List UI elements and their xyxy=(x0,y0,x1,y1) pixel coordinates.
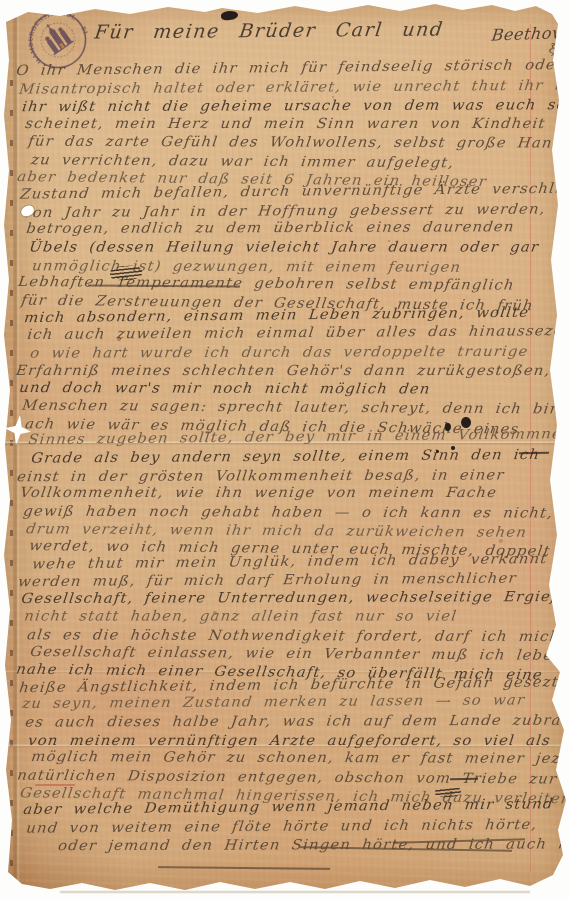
manuscript-line: Vollkommenheit, wie ihn wenige von meine… xyxy=(19,485,570,503)
manuscript-line: Übels (dessen Heilung vieleicht Jahre da… xyxy=(28,240,570,258)
hamburg-castle-icon xyxy=(37,18,74,56)
manuscript-scan: HAMBURGENSIS PUBL ·· BIBLIOTHECA Für mei… xyxy=(0,0,570,899)
next-sheet-edge xyxy=(60,891,530,893)
manuscript-line: Grade als bey andern seyn sollte, einem … xyxy=(30,447,570,469)
manuscript-line: und von weitem eine flöte hörte und ich … xyxy=(25,816,570,838)
manuscript-page: HAMBURGENSIS PUBL ·· BIBLIOTHECA Für mei… xyxy=(0,0,570,899)
manuscript-line: Misantropisch haltet oder erkläret, wie … xyxy=(18,77,570,99)
manuscript-line: ich auch zuweilen mich einmal über alles… xyxy=(26,323,570,345)
ink-dot xyxy=(436,450,439,453)
binding-crease xyxy=(13,10,20,885)
manuscript-line: von meinem vernünftigen Arzte aufgeforde… xyxy=(27,733,570,751)
ink-blot xyxy=(461,417,471,428)
manuscript-line: gewiß haben noch gehabt haben — o ich ka… xyxy=(22,503,570,523)
manuscript-line: O ihr Menschen die ihr mich für feindsee… xyxy=(15,57,570,81)
manuscript-line: betrogen, endlich zu dem überblick eines… xyxy=(25,219,570,239)
header-flourish: ξ xyxy=(548,41,558,57)
manuscript-line: einst in der grösten Vollkommenheit besa… xyxy=(16,467,570,487)
underline-mark xyxy=(158,866,330,869)
manuscript-line: o wie hart wurde ich durch das verdoppel… xyxy=(29,343,570,363)
manuscript-line: ihr wißt nicht die geheime ursache von d… xyxy=(21,97,570,117)
paper-specks xyxy=(0,0,2,2)
manuscript-lines: O ihr Menschen die ihr mich für feindsee… xyxy=(24,63,556,855)
manuscript-line: Gesellschaft, feinere Unterredungen, wec… xyxy=(20,589,570,609)
manuscript-line: möglich mein Gehör zu schonen, kam er fa… xyxy=(30,749,570,769)
family-name-text: Beethoven xyxy=(491,22,570,44)
manuscript-line: nicht statt haben, ganz allein fast nur … xyxy=(23,609,570,627)
manuscript-line: Erfahrniß meines schlechten Gehör's dann… xyxy=(15,363,570,381)
manuscript-line: zu seyn, meinen Zustand merken zu lassen… xyxy=(21,692,570,714)
manuscript-line: es auch dieses halbe Jahr, was ich auf d… xyxy=(24,713,570,733)
manuscript-line: scheinet, mein Herz und mein Sinn waren … xyxy=(24,116,570,134)
red-underline-mark xyxy=(35,784,75,786)
binding-stitch-marks xyxy=(10,80,13,870)
dedication-text: Für meine Brüder Carl und xyxy=(93,18,445,43)
manuscript-line: für das zarte Gefühl des Wohlwollens, se… xyxy=(27,134,570,154)
ink-dot xyxy=(451,446,455,450)
manuscript-line: und doch war's mir noch nicht möglich de… xyxy=(18,380,570,400)
